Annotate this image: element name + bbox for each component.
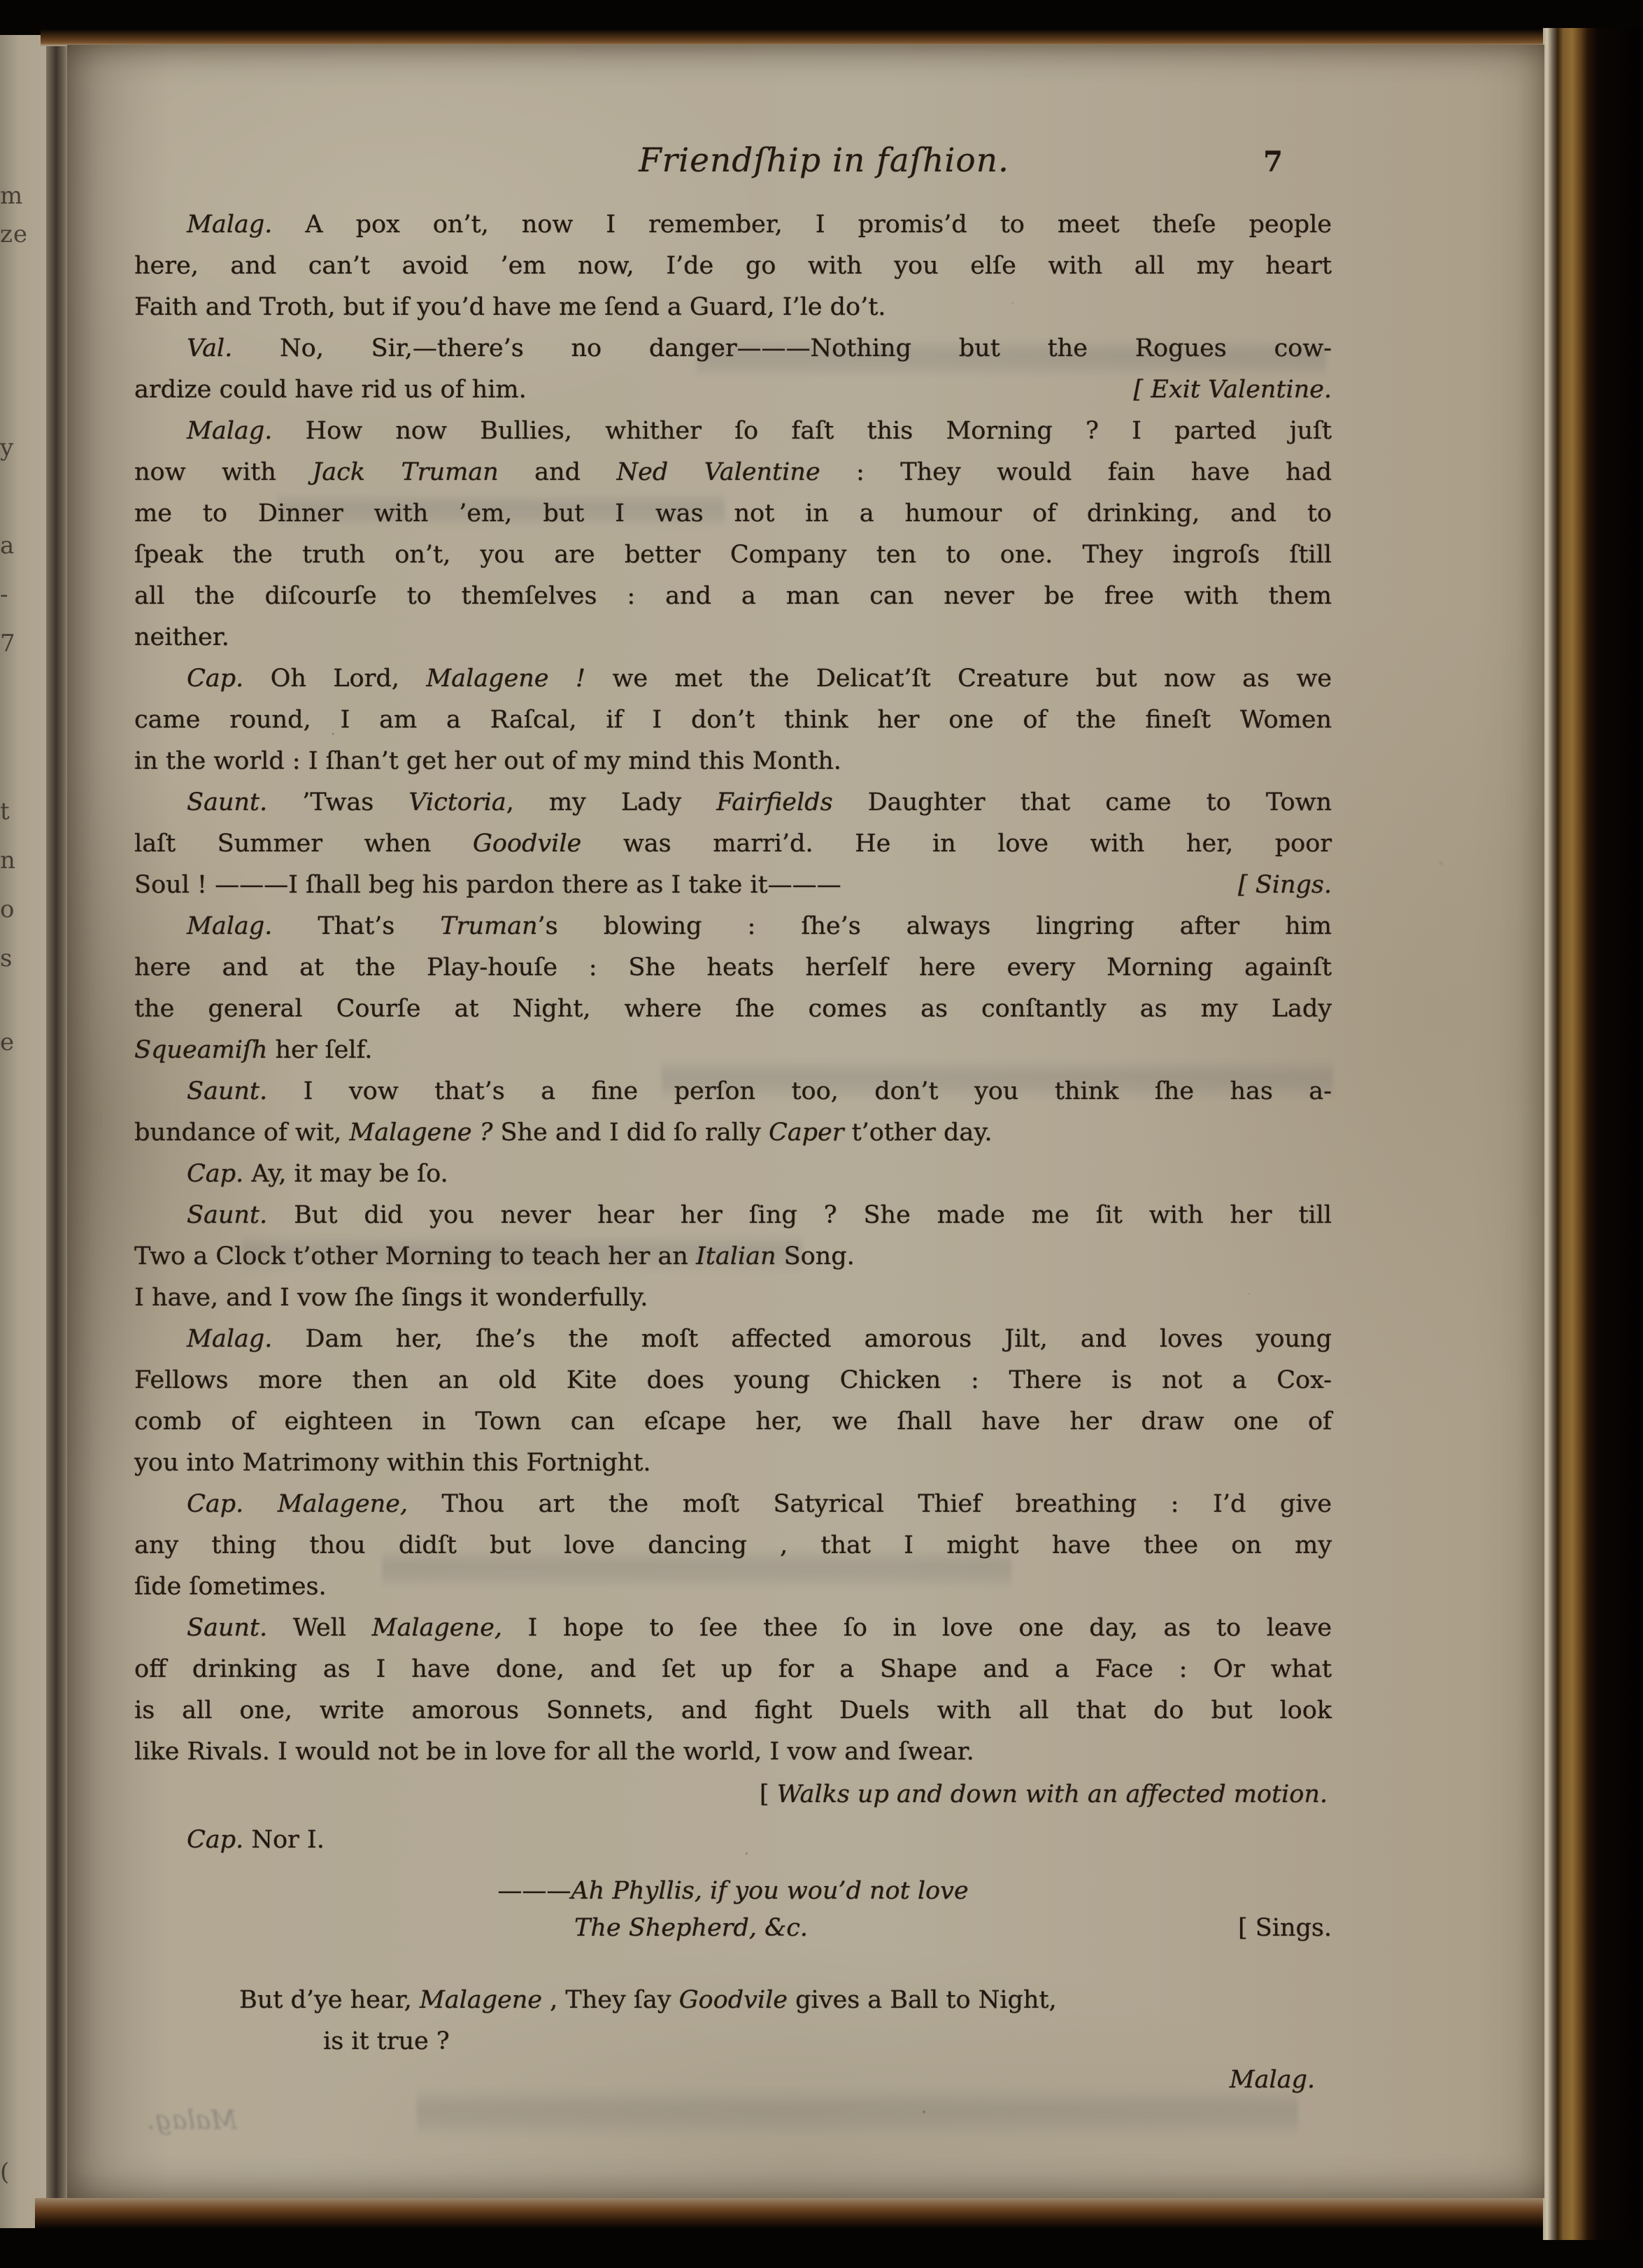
text-segment: all the diſcourſe to themſelves : and a … (134, 582, 1332, 610)
text-line: Two a Clock t’other Morning to teach her… (134, 1236, 1332, 1277)
text-line: is it true ? (134, 2021, 1332, 2062)
text-segment: ——— (497, 1877, 571, 1905)
italic-text: Malagene, (372, 1614, 502, 1642)
text-line: ———Ah Phyllis, if you wou’d not love (134, 1871, 1332, 1912)
text-segment: Fellows more then an old Kite does young… (134, 1366, 1332, 1394)
left-page-edge: mzeya-7tnose( (0, 35, 48, 2228)
book-scan: mzeya-7tnose( Malag. Friendſhip in faſhi… (0, 0, 1643, 2268)
text-line: Cap. Oh Lord, Malagene ! we met the Deli… (134, 658, 1332, 700)
italic-text: Caper (769, 1119, 844, 1147)
text-segment: Song. (776, 1242, 855, 1270)
text-segment: But did you never hear her ſing ? She ma… (267, 1201, 1332, 1229)
text-segment: , my Lady (506, 788, 717, 816)
text-line: Fellows more then an old Kite does young… (134, 1360, 1332, 1401)
italic-text: Malagene (420, 1986, 542, 2014)
text-line: Malag. (134, 2060, 1332, 2101)
italic-text: Saunt. (187, 1201, 267, 1229)
italic-text: Malagene ! (426, 665, 585, 693)
text-segment: neither. (134, 623, 229, 651)
text-segment: Soul ! ———I ſhall beg his pardon there a… (134, 871, 841, 899)
italic-text: Goodvile (679, 1986, 788, 2014)
text-line: [ Walks up and down with an affected mot… (134, 1774, 1332, 1815)
italic-text: Malag. (187, 1325, 272, 1353)
facing-page-letter-fragment: m (0, 182, 23, 210)
running-title: Friendſhip in faſhion. (639, 141, 1009, 180)
text-segment: like Rivals. I would not be in love for … (134, 1738, 974, 1766)
italic-text: [ Sings. (1238, 865, 1332, 906)
italic-text: Malag. (187, 211, 272, 239)
book-page: Malag. Friendſhip in faſhion. 7 Malag. A… (67, 45, 1544, 2198)
text-line: The Shepherd, &c.[ Sings. (134, 1908, 1332, 1949)
text-line: Malag. That’s Truman’s blowing : ſhe’s a… (134, 906, 1332, 947)
text-segment: comb of eighteen in Town can eſcape her,… (134, 1408, 1332, 1436)
text-line: laſt Summer when Goodvile was marri’d. H… (134, 823, 1332, 865)
italic-text: The Shepherd, &c. (574, 1914, 808, 1942)
text-line: bundance of wit, Malagene ? She and I di… (134, 1112, 1332, 1154)
text-segment: ardize could have rid us of him. (134, 376, 527, 404)
text-line: came round, I am a Raſcal, if I don’t th… (134, 700, 1332, 741)
text-segment: t’other day. (844, 1119, 992, 1147)
text-segment: I hope to ſee thee ſo in love one day, a… (502, 1614, 1332, 1642)
text-segment: is all one, write amorous Sonnets, and f… (134, 1696, 1332, 1724)
italic-text: Val. (187, 334, 232, 362)
facing-page-letter-fragment: e (0, 1028, 15, 1056)
text-line: Soul ! ———I ſhall beg his pardon there a… (134, 865, 1332, 906)
italic-text: [ Exit Valentine. (1134, 369, 1332, 411)
text-segment: you into Matrimony within this Fortnight… (134, 1449, 651, 1477)
text-line: here and at the Play-houſe : She heats h… (134, 947, 1332, 988)
italic-text: Malag. (1230, 2066, 1315, 2094)
italic-text: Cap. Malagene, (187, 1490, 408, 1518)
italic-text: Fairfields (716, 788, 832, 816)
text-line: But d’ye hear, Malagene , They ſay Goodv… (134, 1980, 1332, 2021)
text-segment: bundance of wit, (134, 1119, 349, 1147)
text-segment: any thing thou didſt but love dancing , … (134, 1531, 1332, 1559)
text-line: Cap. Nor I. (134, 1820, 1332, 1861)
text-segment: is it true ? (323, 2027, 450, 2055)
italic-text: Goodvile (473, 830, 581, 858)
text-segment: now with (134, 458, 312, 486)
page-number: 7 (1263, 146, 1283, 178)
italic-text: Saunt. (187, 1077, 267, 1105)
text-line: Faith and Troth, but if you’d have me ſe… (134, 287, 1332, 328)
text-line: Val. No, Sir,—there’s no danger———Nothin… (134, 328, 1332, 369)
text-line: any thing thou didſt but love dancing , … (134, 1525, 1332, 1566)
text-segment: Oh Lord, (243, 665, 426, 693)
italic-text: Malagene ? (349, 1119, 492, 1147)
text-segment: Well (267, 1614, 372, 1642)
text-segment: That’s (272, 912, 440, 940)
text-line: comb of eighteen in Town can eſcape her,… (134, 1401, 1332, 1443)
italic-text: Malag. (187, 417, 272, 445)
text-segment: [ Sings. (1238, 1908, 1332, 1949)
text-segment: me to Dinner with ’em, but I was not in … (134, 499, 1332, 527)
text-segment: was marri’d. He in love with her, poor (581, 830, 1332, 858)
text-line: Cap. Malagene, Thou art the moſt Satyric… (134, 1484, 1332, 1525)
text-segment: [ (760, 1780, 769, 1808)
text-segment: here, and can’t avoid ’em now, I’de go w… (134, 252, 1332, 280)
text-segment: , They ſay (542, 1986, 679, 2014)
text-line: ſide ſometimes. (134, 1566, 1332, 1608)
text-segment: in the world : I ſhan’t get her out of m… (134, 747, 841, 775)
facing-page-letter-fragment: t (0, 798, 10, 825)
facing-page-letter-fragment: 7 (0, 630, 16, 658)
text-segment: ’Twas (267, 788, 408, 816)
text-line: neither. (134, 617, 1332, 658)
text-segment: ſpeak the truth on’t, you are better Com… (134, 541, 1332, 569)
italic-text: Jack Truman (312, 458, 498, 486)
facing-page-letter-fragment: n (0, 846, 16, 874)
italic-text: Saunt. (187, 1614, 267, 1642)
text-line: ardize could have rid us of him.[ Exit V… (134, 369, 1332, 411)
text-line: in the world : I ſhan’t get her out of m… (134, 741, 1332, 782)
text-line: Saunt. But did you never hear her ſing ?… (134, 1195, 1332, 1236)
text-line: Cap. Ay, it may be ſo. (134, 1154, 1332, 1195)
text-line: all the diſcourſe to themſelves : and a … (134, 576, 1332, 617)
text-segment: ſide ſometimes. (134, 1573, 327, 1601)
italic-text: Saunt. (187, 788, 267, 816)
text-line: now with Jack Truman and Ned Valentine :… (134, 452, 1332, 493)
text-segment: laſt Summer when (134, 830, 473, 858)
italic-text: Cap. (187, 1160, 243, 1188)
text-line: I have, and I vow ſhe ſings it wonderful… (134, 1277, 1332, 1319)
text-segment: I have, and I vow ſhe ſings it wonderful… (134, 1284, 648, 1312)
italic-text: Walks up and down with an affected motio… (769, 1780, 1328, 1808)
text-segment: ’s blowing : ſhe’s always lingring after… (538, 912, 1332, 940)
text-line: Saunt. ’Twas Victoria, my Lady Fairfield… (134, 782, 1332, 823)
facing-page-letter-fragment: y (0, 434, 14, 462)
facing-page-letter-fragment: ze (0, 220, 28, 248)
text-segment: Ay, it may be ſo. (243, 1160, 448, 1188)
text-segment: She and I did ſo rally (492, 1119, 769, 1147)
page-top-edge (41, 29, 1600, 46)
text-block: Friendſhip in faſhion. 7 Malag. A pox on… (134, 141, 1332, 2101)
text-segment: the general Courſe at Night, where ſhe c… (134, 995, 1332, 1023)
text-segment: Daughter that came to Town (833, 788, 1332, 816)
text-segment: gives a Ball to Night, (788, 1986, 1057, 2014)
page-header: Friendſhip in faſhion. 7 (134, 141, 1332, 185)
text-line: Malag. How now Bullies, whither ſo faſt … (134, 411, 1332, 452)
italic-text: Ah Phyllis, if you wou’d not love (571, 1877, 968, 1905)
text-line: here, and can’t avoid ’em now, I’de go w… (134, 246, 1332, 287)
text-segment: Two a Clock t’other Morning to teach her… (134, 1242, 696, 1270)
italic-text: Ned Valentine (616, 458, 820, 486)
facing-page-letter-fragment: - (0, 581, 9, 609)
text-segment: How now Bullies, whither ſo faſt this Mo… (272, 417, 1332, 445)
italic-text: Italian (696, 1242, 776, 1270)
italic-text: Truman (440, 912, 537, 940)
italic-text: Cap. (187, 665, 243, 693)
text-segment: Nor I. (243, 1826, 325, 1854)
text-line: Malag. Dam her, ſhe’s the moſt affected … (134, 1319, 1332, 1360)
text-line: Malag. A pox on’t, now I remember, I pro… (134, 204, 1332, 246)
binding-gutter (46, 35, 69, 2228)
text-segment: Faith and Troth, but if you’d have me ſe… (134, 293, 885, 321)
italic-text: Victoria (408, 788, 506, 816)
text-segment: : They would fain have had (820, 458, 1332, 486)
text-segment: Dam her, ſhe’s the moſt affected amorous… (272, 1325, 1332, 1353)
italic-text: Squeamiſh (134, 1036, 267, 1064)
text-line: the general Courſe at Night, where ſhe c… (134, 988, 1332, 1030)
ghost-bleedthrough-text: Malag. (147, 2105, 237, 2135)
text-line: like Rivals. I would not be in love for … (134, 1731, 1332, 1773)
text-segment: we met the Delicat’ſt Creature but now a… (585, 665, 1332, 693)
italic-text: Cap. (187, 1826, 243, 1854)
text-segment: Thou art the moſt Satyrical Thief breath… (408, 1490, 1332, 1518)
text-segment: A pox on’t, now I remember, I promis’d t… (272, 211, 1332, 239)
text-segment: her ſelf. (267, 1036, 372, 1064)
facing-page-letter-fragment: s (0, 944, 13, 972)
text-line: you into Matrimony within this Fortnight… (134, 1443, 1332, 1484)
text-segment: No, Sir,—there’s no danger———Nothing but… (232, 334, 1332, 362)
text-line: Squeamiſh her ſelf. (134, 1030, 1332, 1071)
text-line: is all one, write amorous Sonnets, and f… (134, 1690, 1332, 1731)
text-segment: I vow that’s a fine perſon too, don’t yo… (267, 1077, 1332, 1105)
page-bottom-edge (35, 2198, 1602, 2229)
text-segment: off drinking as I have done, and ſet up … (134, 1655, 1332, 1683)
facing-page-letter-fragment: ( (0, 2158, 10, 2186)
facing-page-letter-fragment: a (0, 532, 15, 560)
italic-text: Malag. (187, 912, 272, 940)
text-line: ſpeak the truth on’t, you are better Com… (134, 534, 1332, 576)
text-segment: and (499, 458, 617, 486)
text-segment: came round, I am a Raſcal, if I don’t th… (134, 706, 1332, 734)
text-line: Saunt. Well Malagene, I hope to ſee thee… (134, 1608, 1332, 1649)
text-segment: here and at the Play-houſe : She heats h… (134, 954, 1332, 981)
text-line: Saunt. I vow that’s a fine perſon too, d… (134, 1071, 1332, 1112)
facing-page-letter-fragment: o (0, 895, 15, 923)
fore-edge (1543, 28, 1643, 2240)
text-segment: But d’ye hear, (239, 1986, 420, 2014)
text-line: off drinking as I have done, and ſet up … (134, 1649, 1332, 1690)
text-line: me to Dinner with ’em, but I was not in … (134, 493, 1332, 534)
